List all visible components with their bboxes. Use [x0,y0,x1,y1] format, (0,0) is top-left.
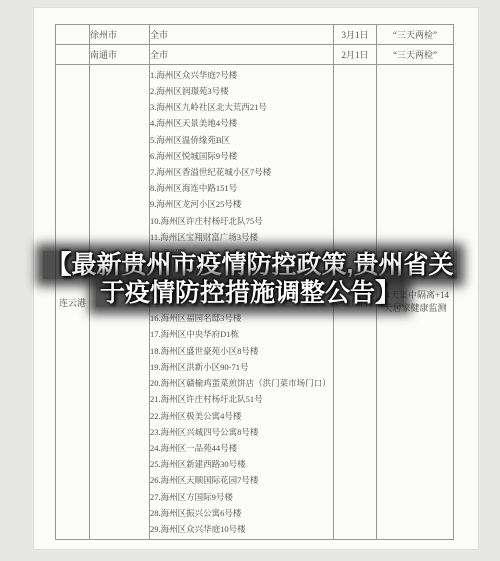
address-line: 16.海州区福园名邸3号楼 [150,310,333,326]
address-line: 19.海州区洪新小区90-71号 [150,359,333,375]
city-name: 徐州市 [90,25,150,45]
address-line: 17.海州区中央华府D1栋 [150,326,333,342]
region-cell [56,45,90,65]
overlay-caption-line2: 于疫情防控措施调整公告】 [96,279,404,307]
overlay-caption: 【最新贵州市疫情防控政策,贵州省关 于疫情防控措施调整公告】 [0,251,500,307]
address-line: 20.海州区赣榆鸡蛋菜煎饼店（洪门菜市场门口） [150,375,333,391]
address-line: 29.海州区众兴华庭10号楼 [150,521,333,537]
address-line: 3.海州区九岭社区北大荒西21号 [150,99,333,115]
address-line: 6.海州区悦城国际9号楼 [150,148,333,164]
start-date: 3月1日 [334,25,377,45]
region-cell [56,25,90,45]
area-scope: 全市 [150,25,334,45]
address-line: 7.海州区香溢世纪花城小区7号楼 [150,164,333,180]
address-line: 26.海州区天顺国际花园7号楼 [150,472,333,488]
address-line: 22.海州区极美公寓4号楼 [150,408,333,424]
start-date: 2月1日 [334,45,377,65]
area-scope: 全市 [150,45,334,65]
address-line: 4.海州区天景美地4号楼 [150,115,333,131]
overlay-caption-line1: 【最新贵州市疫情防控政策,贵州省关 [43,251,458,279]
address-line: 9.海州区龙河小区25号楼 [150,196,333,212]
city-name: 南通市 [90,45,150,65]
table-row: 南通市 全市 2月1日 “三天两检” [56,45,454,65]
address-line: 25.海州区新建西路30号楼 [150,456,333,472]
address-line: 28.海州区振兴公寓6号楼 [150,505,333,521]
control-measure: “三天两检” [377,25,454,45]
address-line: 21.海州区许庄村杨圩北队51号 [150,391,333,407]
address-line: 24.海州区一品苑44号楼 [150,440,333,456]
address-line: 23.海州区兴城四号公寓8号楼 [150,424,333,440]
address-line: 18.海州区盛世豪苑小区8号楼 [150,343,333,359]
table-row: 徐州市 全市 3月1日 “三天两检” [56,25,454,45]
control-measure: “三天两检” [377,45,454,65]
address-line: 27.海州区方国际9号楼 [150,489,333,505]
address-line: 5.海州区温侨缘苑B区 [150,132,333,148]
address-line: 8.海州区海连中路151号 [150,180,333,196]
address-line: 1.海州区众兴华庭7号楼 [150,67,333,83]
address-line: 2.海州区润璟苑3号楼 [150,83,333,99]
address-line: 10.海州区许庄村杨圩北队75号 [150,213,333,229]
address-line: 11.海州区宝翔财富广场3号楼 [150,229,333,245]
